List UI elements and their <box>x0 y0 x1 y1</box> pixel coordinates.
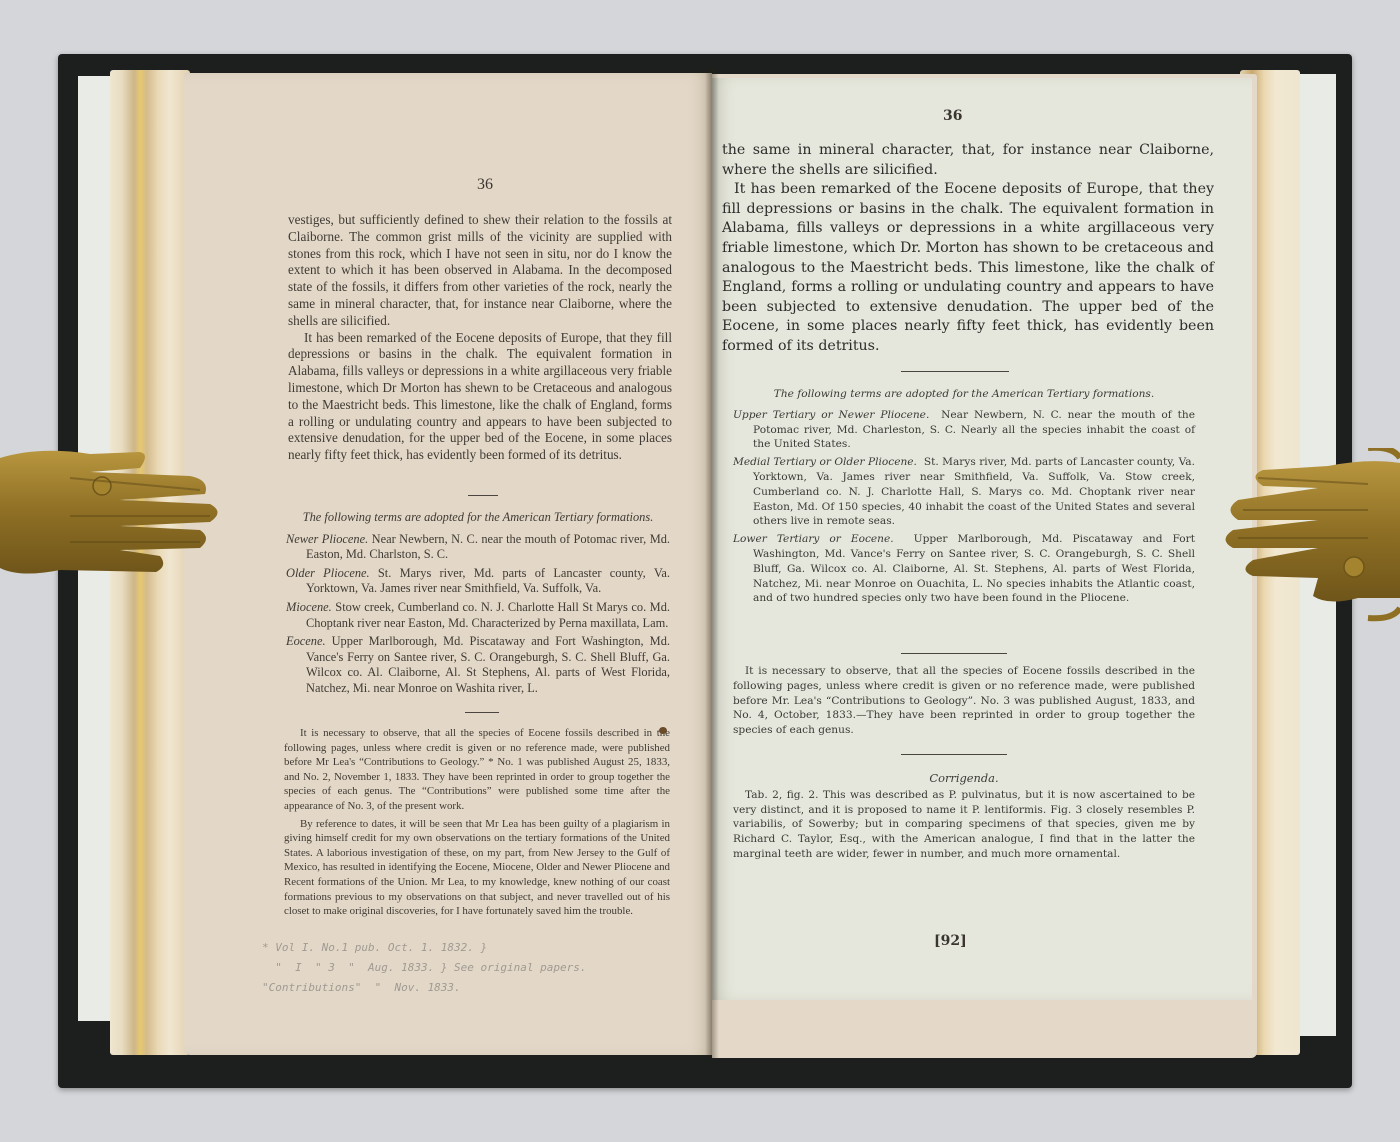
right-para-1: the same in mineral character, that, for… <box>722 141 1214 180</box>
left-term-item: Eocene. Upper Marlborough, Md. Piscatawa… <box>286 634 670 696</box>
right-page-body: the same in mineral character, that, for… <box>722 141 1214 357</box>
left-terms: The following terms are adopted for the … <box>286 510 670 700</box>
handwritten-pencil-note: * Vol I. No.1 pub. Oct. 1. 1832. } " I "… <box>262 938 587 998</box>
left-divider-1 <box>468 495 498 496</box>
ink-stain <box>659 727 667 734</box>
right-page-number: 36 <box>943 108 962 124</box>
left-page-number: 36 <box>477 176 493 194</box>
right-note: It is necessary to observe, that all the… <box>733 664 1195 738</box>
corrigenda-text: Tab. 2, fig. 2. This was described as P.… <box>733 788 1195 862</box>
left-para-1: vestiges, but sufficiently defined to sh… <box>288 212 672 330</box>
book-gutter <box>705 68 719 1058</box>
right-note-text: It is necessary to observe, that all the… <box>733 664 1195 738</box>
left-notes: It is necessary to observe, that all the… <box>284 726 670 919</box>
right-term-item: Lower Tertiary or Eocene. Upper Marlboro… <box>733 532 1195 606</box>
corrigenda-heading: Corrigenda. <box>733 771 1195 786</box>
right-terms-heading: The following terms are adopted for the … <box>733 387 1195 402</box>
left-note-2: By reference to dates, it will be seen t… <box>284 817 670 919</box>
footer-page-number: [92] <box>934 933 967 949</box>
left-brass-hand-icon <box>0 438 230 588</box>
right-para-2: It has been remarked of the Eocene depos… <box>722 180 1214 356</box>
right-divider-3 <box>901 754 1007 755</box>
right-divider-2 <box>901 653 1007 654</box>
right-divider-1 <box>901 371 1009 372</box>
left-note-1: It is necessary to observe, that all the… <box>284 726 670 814</box>
right-brass-hand-icon <box>1218 448 1400 623</box>
right-term-item: Upper Tertiary or Newer Pliocene. Near N… <box>733 408 1195 452</box>
left-term-item: Newer Pliocene. Near Newbern, N. C. near… <box>286 532 670 563</box>
left-page-body: vestiges, but sufficiently defined to sh… <box>288 212 672 464</box>
right-term-item: Medial Tertiary or Older Pliocene. St. M… <box>733 455 1195 529</box>
left-terms-heading: The following terms are adopted for the … <box>286 510 670 526</box>
left-para-2: It has been remarked of the Eocene depos… <box>288 330 672 464</box>
left-divider-2 <box>465 712 499 713</box>
left-term-item: Older Pliocene. St. Marys river, Md. par… <box>286 566 670 597</box>
left-term-item: Miocene. Stow creek, Cumberland co. N. J… <box>286 600 670 631</box>
right-corrigenda: Corrigenda. Tab. 2, fig. 2. This was des… <box>733 771 1195 862</box>
right-terms: The following terms are adopted for the … <box>733 387 1195 609</box>
